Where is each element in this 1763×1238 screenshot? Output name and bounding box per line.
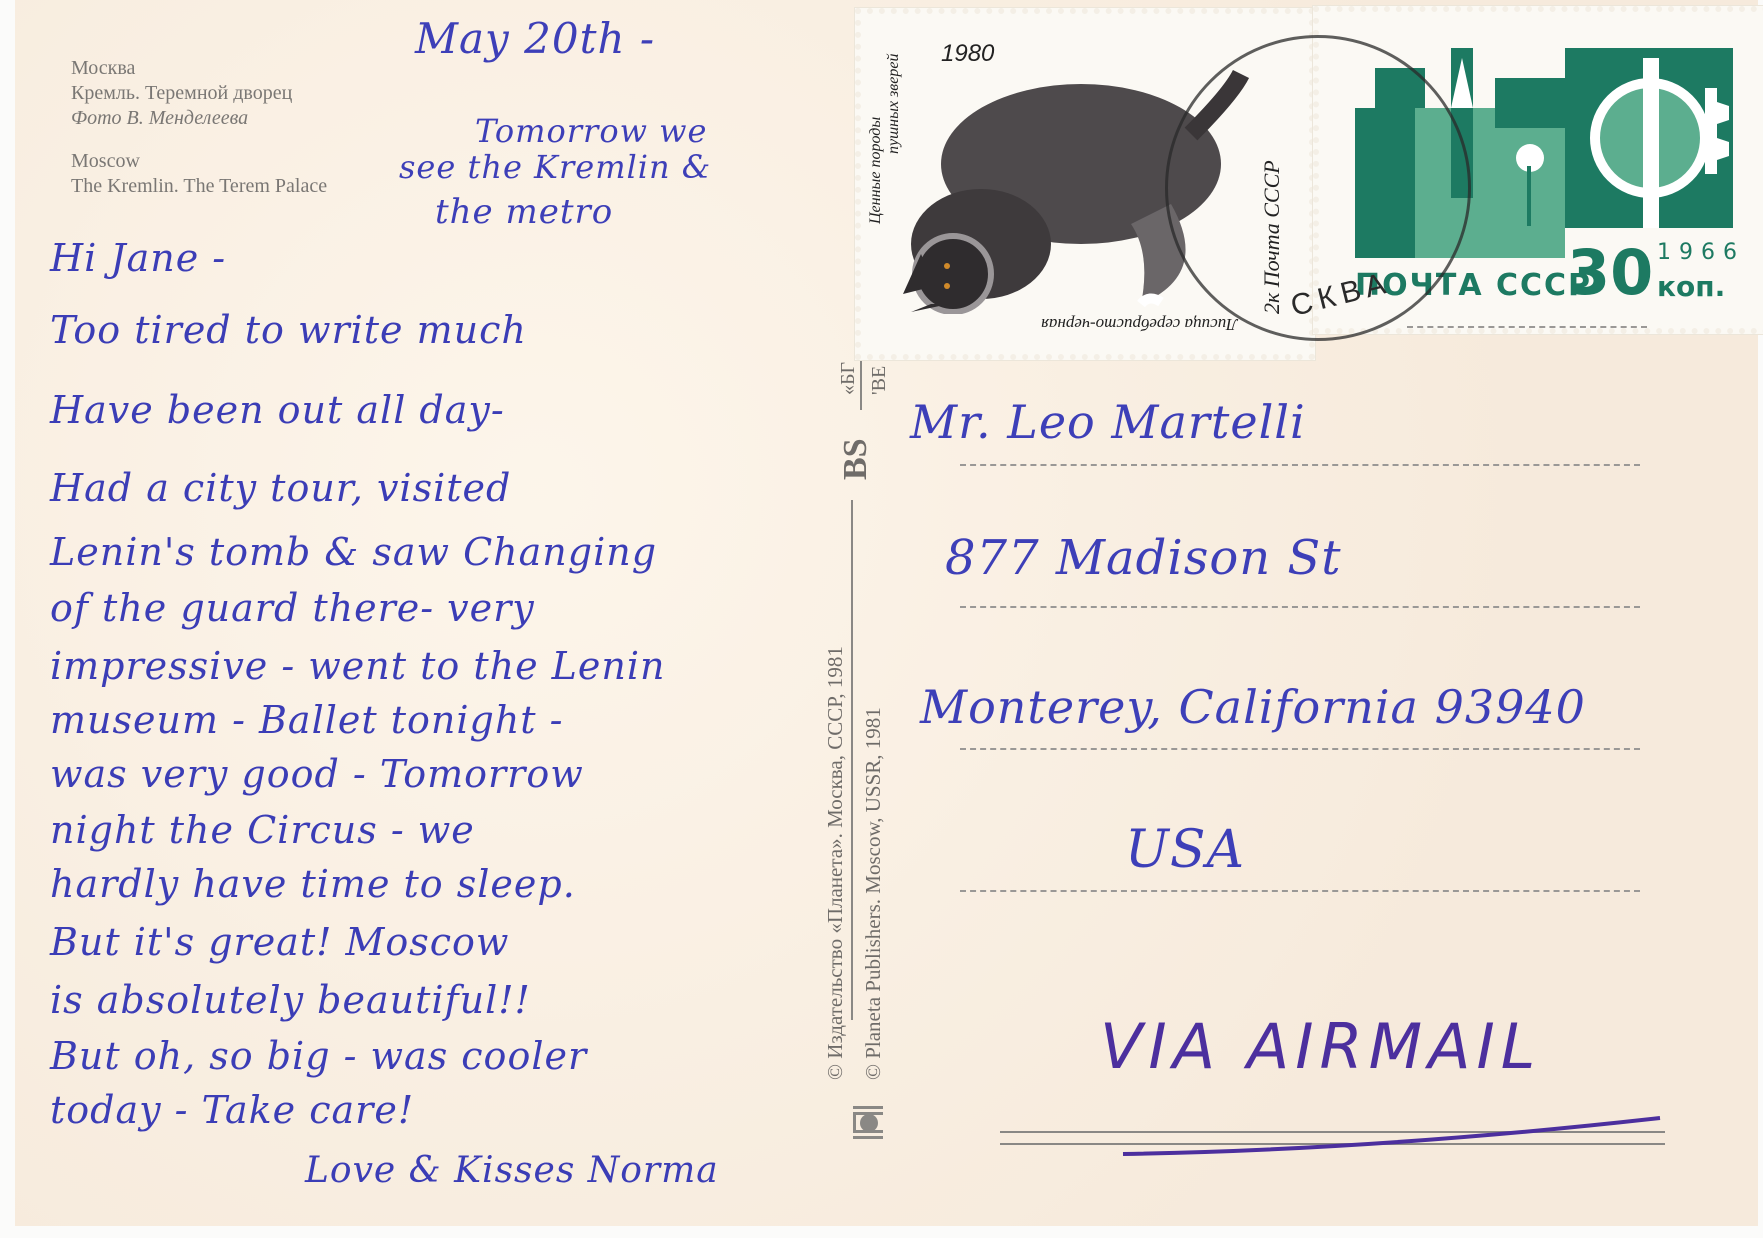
publisher-en-line: © Planeta Publishers. Moscow, USSR, 1981: [861, 707, 886, 1080]
handwritten-note-line-3: the metro: [435, 192, 613, 232]
message-line: Had a city tour, visited: [50, 466, 511, 510]
message-line: hardly have time to sleep.: [50, 862, 576, 906]
message-line: Lenin's tomb & saw Changing: [50, 530, 657, 574]
caption-en-title: The Kremlin. The Terem Palace: [71, 174, 327, 199]
message-line: was very good - Tomorrow: [50, 752, 584, 796]
address-city: Monterey, California 93940: [920, 680, 1586, 734]
message-line: museum - Ballet tonight -: [50, 698, 564, 742]
publisher-mark: BS: [837, 438, 875, 480]
airmail-routing: VIA AIRMAIL: [1100, 1010, 1541, 1083]
message-line: of the guard there- very: [50, 586, 535, 630]
message-line: is absolutely beautiful!!: [50, 978, 531, 1022]
message-line: But it's great! Moscow: [50, 920, 509, 964]
message-line: night the Circus - we: [50, 808, 475, 852]
publisher-mark-ru: «БГ: [837, 362, 860, 395]
postcard-back: Москва Кремль. Теремной дворец Фото В. М…: [15, 0, 1758, 1226]
message-line: But oh, so big - was cooler: [50, 1034, 587, 1078]
publisher-mark-en: 'BE: [868, 366, 891, 395]
handwritten-date: May 20th -: [415, 14, 655, 63]
publisher-ru-line: © Издательство «Планета». Москва, СССР, …: [823, 646, 848, 1080]
airmail-underline: [1115, 1110, 1665, 1160]
caption-ru-title: Кремль. Теремной дворец: [71, 81, 327, 106]
address-line-3: [960, 748, 1640, 750]
message-line: today - Take care!: [50, 1088, 414, 1132]
handwritten-note-line-1: Tomorrow we: [475, 112, 707, 150]
publisher-mark-divider: [860, 360, 862, 410]
publisher-logo-icon: [853, 1106, 883, 1142]
message-greeting: Hi Jane -: [50, 236, 226, 280]
message-line: impressive - went to the Lenin: [50, 644, 665, 688]
address-line-4: [960, 890, 1640, 892]
message-line: Too tired to write much: [50, 308, 527, 352]
address-line-2: [960, 606, 1640, 608]
caption-en-city: Moscow: [71, 149, 327, 174]
caption-ru-city: Москва: [71, 56, 327, 81]
printed-caption: Москва Кремль. Теремной дворец Фото В. М…: [71, 56, 327, 199]
address-line-1: [960, 464, 1640, 466]
green-stamp-unit: коп.: [1657, 270, 1725, 303]
fox-stamp-caption: Лисица серебристо-черная: [1041, 314, 1238, 334]
handwritten-note-line-2: see the Kremlin &: [399, 148, 711, 186]
green-stamp-year: 1966: [1657, 240, 1745, 265]
address-country: USA: [1125, 820, 1245, 880]
address-street: 877 Madison St: [945, 530, 1342, 586]
center-divider-line: [851, 500, 853, 1020]
caption-ru-photo-credit: Фото В. Менделеева: [71, 106, 327, 131]
message-line: Have been out all day-: [50, 388, 505, 432]
green-stamp-value: 30: [1567, 236, 1653, 309]
fox-stamp-series-1: Ценные породы: [867, 117, 885, 224]
stamp-guide-dashes: [1407, 326, 1647, 328]
message-signature: Love & Kisses Norma: [305, 1150, 719, 1191]
address-name: Mr. Leo Martelli: [910, 395, 1306, 449]
